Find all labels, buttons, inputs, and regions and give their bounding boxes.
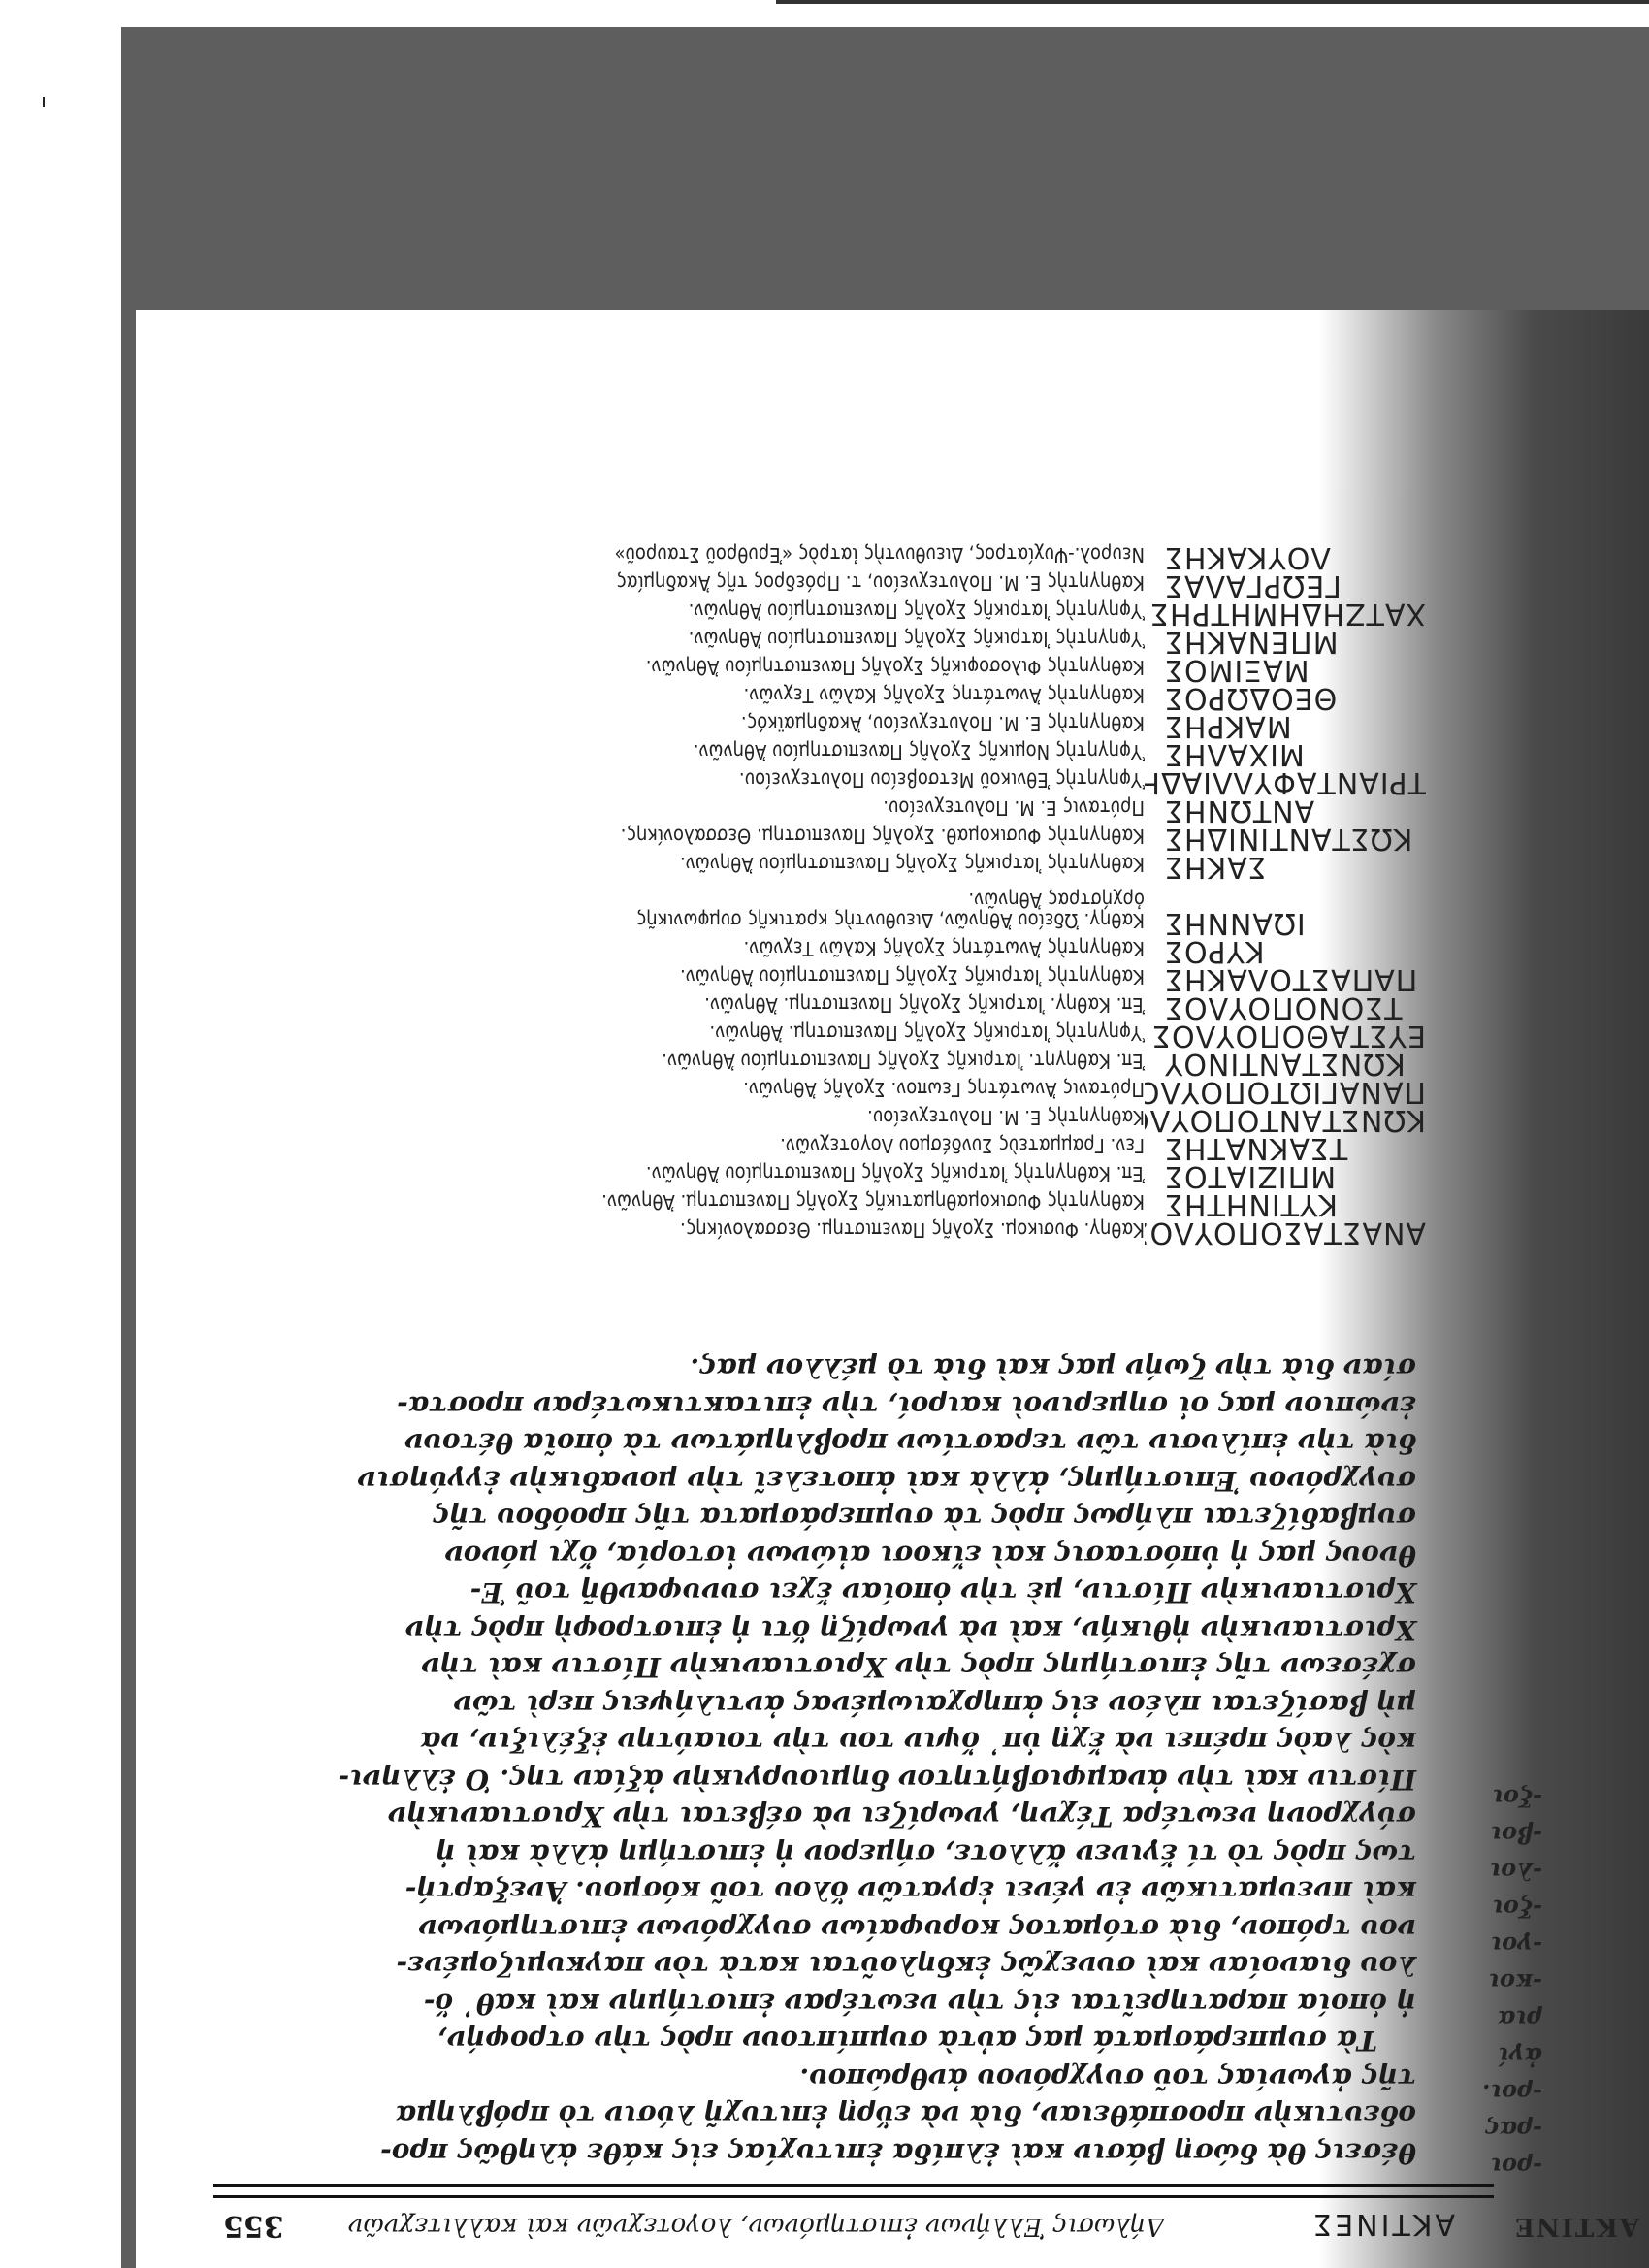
scanned-page: ΑΚΤΙΝΕ -ροι-ρας-ροι.ἀγίρια-κοι-γοι-ξοι-λ… bbox=[136, 310, 1649, 2268]
signatories-list: ΑΝΑΣΤΑΣΟΠΟΥΛΟΣΚαθηγ. Φυσικομ. Σχολῆς Παν… bbox=[213, 546, 1426, 1249]
neighbor-text-fragment: ρια bbox=[1498, 2005, 1542, 2033]
neighbor-text-fragment: -γοι bbox=[1491, 1931, 1542, 1960]
signatory-row: ΓΕΩΡΓΑΛΑΣΚαθηγητὴς Ε. Μ. Πολυτεχνείου, τ… bbox=[213, 574, 1426, 602]
signatory-title: Πρύτανις Ε. Μ. Πολυτεχνείου. bbox=[883, 796, 1145, 820]
signatory-title-continued: ὀρχήστρας Ἀθηνῶν. bbox=[968, 889, 1145, 912]
signatory-row: ΤΡΙΑΝΤΑΦΥΛΛΙΑΔΗΣὙφηγητὴς Ἐθνικοῦ Μετσοβε… bbox=[213, 771, 1426, 799]
scan-speck bbox=[43, 97, 45, 107]
signatory-row: ΠΑΝΑΓΙΩΤΟΠΟΥΛΟΣΠρύτανις Ἀνωτάτης Γεωπον.… bbox=[213, 1081, 1426, 1109]
text-line: συμβαδίζεται πλήρως πρὸς τὰ συμπεράσματα… bbox=[213, 1499, 1416, 1537]
text-line: διὰ τὴν ἐπίλυσιν τῶν τεραστίων προβλημάτ… bbox=[213, 1424, 1416, 1462]
signatory-name: ΛΟΥΚΑΚΗΣ bbox=[1145, 540, 1426, 574]
signatory-title: Ὑφηγητὴς Ἰατρικῆς Σχολῆς Πανεπιστημίου Ἀ… bbox=[689, 599, 1145, 623]
signatory-row: ΜΑΞΙΜΟΣΚαθηγητὴς Φιλοσοφικῆς Σχολῆς Πανε… bbox=[213, 659, 1426, 687]
neighbor-text-fragment: -ξοι bbox=[1492, 1784, 1542, 1812]
signatory-title: Καθηγητὴς Ἰατρικῆς Σχολῆς Πανεπιστημίου … bbox=[680, 853, 1145, 876]
signatory-title: Καθηγητὴς Ε. Μ. Πολυτεχνείου. bbox=[867, 1106, 1145, 1129]
neighbor-text-fragment: ἀγί bbox=[1498, 2042, 1542, 2070]
text-line: Χριστιανικὴν ἠθικήν, καὶ νὰ γνωρίζῃ ὅτι … bbox=[213, 1611, 1416, 1649]
declaration-body: θέσεις θὰ δώσῃ βάσιν καὶ ἐλπίδα ἐπιτυχία… bbox=[213, 1349, 1416, 2171]
signatory-row: ΕΥΣΤΑΘΟΠΟΥΛΟΣὙφηγητὴς Ἰατρικῆς Σχολῆς Πα… bbox=[213, 1024, 1426, 1053]
signatory-title: Ὑφηγητὴς Ἰατρικῆς Σχολῆς Πανεπιστημ. Ἀθη… bbox=[709, 1021, 1145, 1045]
signatory-title: Πρύτανις Ἀνωτάτης Γεωπον. Σχολῆς Ἀθηνῶν. bbox=[743, 1078, 1145, 1101]
signatory-row: ΑΝΤΩΝΗΣΠρύτανις Ε. Μ. Πολυτεχνείου. bbox=[213, 799, 1426, 827]
signatory-row: ΜΙΧΑΛΗΣὙφηγητὴς Νομικῆς Σχολῆς Πανεπιστη… bbox=[213, 743, 1426, 771]
neighbor-text-fragment: -ροι. bbox=[1482, 2079, 1542, 2107]
text-line: ἐνώπιον μας οἱ σημερινοὶ καιροί, τὴν ἐπι… bbox=[213, 1387, 1416, 1425]
signatory-title: Ὑφηγητὴς Ἐθνικοῦ Μετσοβείου Πολυτεχνείου… bbox=[739, 768, 1145, 792]
signatory-title: Καθηγητὴς Ἀνωτάτης Σχολῆς Καλῶν Τεχνῶν. bbox=[744, 937, 1145, 960]
signatory-title: Καθηγητὴς Ε. Μ. Πολυτεχνείου, Ἀκαδημαϊκό… bbox=[741, 712, 1145, 735]
signatory-row: ΣΑΚΗΣΚαθηγητὴς Ἰατρικῆς Σχολῆς Πανεπιστη… bbox=[213, 856, 1426, 884]
text-line: Τὰ συμπεράσματά μας αὐτὰ συμπίπτουν πρὸς… bbox=[213, 2022, 1416, 2059]
signatory-title: Καθηγ. Φυσικομ. Σχολῆς Πανεπιστημ. Θεσσα… bbox=[680, 1218, 1145, 1242]
signatory-row: ΚΥΤΙΝΗΤΗΣΚαθηγητὴς Φυσικομαθηματικῆς Σχο… bbox=[213, 1193, 1426, 1221]
neighbor-text-fragment: -ρας bbox=[1485, 2116, 1542, 2144]
text-line: συγχρόνου Ἐπιστήμης, ἀλλὰ καὶ ἀποτελεῖ τ… bbox=[213, 1462, 1416, 1500]
text-line: λου διανοίαν καὶ συνεχῶς ἐκδηλοῦται κατὰ… bbox=[213, 1947, 1416, 1985]
page-content-rotated: ΑΚΤΙΝΕ -ροι-ρας-ροι.ἀγίρια-κοι-γοι-ξοι-λ… bbox=[136, 310, 1649, 2268]
text-line: θέσεις θὰ δώσῃ βάσιν καὶ ἐλπίδα ἐπιτυχία… bbox=[213, 2134, 1416, 2172]
running-title: Δήλωσις Ἑλλήνων ἐπιστημόνων, λογοτεχνῶν … bbox=[348, 2212, 1164, 2241]
neighbor-page-header: ΑΚΤΙΝΕ bbox=[1513, 2212, 1639, 2241]
signatory-row: ΚΩΣΤΑΝΤΙΝΙΔΗΣΚαθηγητὴς Φυσικομαθ. Σχολῆς… bbox=[213, 827, 1426, 856]
signatory-title: Καθηγητὴς Φυσικομαθ. Σχολῆς Πανεπιστημ. … bbox=[621, 825, 1145, 848]
signatory-row: ΚΩΝΣΤΑΝΤΙΝΟΥἘπ. Καθηγητ. Ἰατρικῆς Σχολῆς… bbox=[213, 1053, 1426, 1081]
text-line: μὴ βασίζεται πλέον εἰς ἀπηρχαιωμένας ἀντ… bbox=[213, 1686, 1416, 1724]
text-line: νου τρόπον, διὰ στόματος κορυφαίων συγχρ… bbox=[213, 1910, 1416, 1948]
signatory-title: Γεν. Γραμματεὺς Συνδέσμου Λογοτεχνῶν. bbox=[780, 1134, 1145, 1157]
signatory-row: ΤΣΑΚΝΑΤΗΣΓεν. Γραμματεὺς Συνδέσμου Λογοτ… bbox=[213, 1137, 1426, 1165]
scan-edge-line bbox=[776, 0, 1649, 4]
neighbor-page-edge: ΑΚΤΙΝΕ -ροι-ρας-ροι.ἀγίρια-κοι-γοι-ξοι-λ… bbox=[1503, 310, 1649, 2268]
signatory-row: ΑΝΑΣΤΑΣΟΠΟΥΛΟΣΚαθηγ. Φυσικομ. Σχολῆς Παν… bbox=[213, 1221, 1426, 1249]
text-line: κὸς λαὸς πρέπει νὰ ἔχῃ ὑπ᾽ ὄψιν του τὴν … bbox=[213, 1723, 1416, 1761]
signatory-row: ΧΑΤΖΗΔΗΜΗΤΡΗΣὙφηγητὴς Ἰατρικῆς Σχολῆς Πα… bbox=[213, 602, 1426, 631]
neighbor-text-fragment: -ροι bbox=[1490, 2153, 1542, 2181]
signatory-title: Καθηγητὴς Φιλοσοφικῆς Σχολῆς Πανεπιστημί… bbox=[646, 656, 1145, 679]
signatory-title: Ἐπ. Καθηγ. Ἰατρικῆς Σχολῆς Πανεπιστημ. Ἀ… bbox=[704, 993, 1145, 1017]
text-line: Πίστιν καὶ τὴν ἀναμφισβήτητον δημιουργικ… bbox=[213, 1761, 1416, 1798]
header-double-rule bbox=[213, 2184, 1494, 2198]
signatory-title: Καθηγητὴς Ἀνωτάτης Σχολῆς Καλῶν Τεχνῶν. bbox=[744, 684, 1145, 707]
page-number: 355 bbox=[223, 2209, 284, 2243]
neighbor-text-fragment: -λοι bbox=[1490, 1858, 1542, 1886]
signatory-row: ΘΕΟΔΩΡΟΣΚαθηγητὴς Ἀνωτάτης Σχολῆς Καλῶν … bbox=[213, 687, 1426, 715]
text-line: καὶ πνευματικῶν ἐν γένει ἐργατῶν ὅλου το… bbox=[213, 1872, 1416, 1910]
signatory-title: Καθηγητὴς Ε. Μ. Πολυτεχνείου, τ. Πρόεδρο… bbox=[616, 571, 1145, 595]
signatory-row: ΤΣΟΝΟΠΟΥΛΟΣἘπ. Καθηγ. Ἰατρικῆς Σχολῆς Πα… bbox=[213, 996, 1426, 1024]
signatory-title: Ὑφηγητὴς Ἰατρικῆς Σχολῆς Πανεπιστημίου Ἀ… bbox=[689, 628, 1145, 651]
text-line: τῆς ἀγωνίας τοῦ συγχρόνου ἀνθρώπου. bbox=[213, 2059, 1416, 2097]
signatory-row: ΜΑΚΡΗΣΚαθηγητὴς Ε. Μ. Πολυτεχνείου, Ἀκαδ… bbox=[213, 715, 1426, 743]
signatory-title: Ἐπ. Καθηγητ. Ἰατρικῆς Σχολῆς Πανεπιστημί… bbox=[662, 1050, 1145, 1073]
signatory-name: ΙΩΑΝΝΗΣ bbox=[1145, 906, 1426, 940]
text-line: σύγχρονη νεωτέρα Τέχνη, γνωρίζει νὰ σέβε… bbox=[213, 1798, 1416, 1835]
signatory-row: ΜΠΙΖΙΑΤΟΣἘπ. Καθηγητὴς Ἰατρικῆς Σχολῆς Π… bbox=[213, 1165, 1426, 1193]
text-line: θνους μας ἡ ὑπόστασις καὶ εἴκοσι αἰώνων … bbox=[213, 1537, 1416, 1574]
signatory-row: ΚΩΝΣΤΑΝΤΟΠΟΥΛΟΣΚαθηγητὴς Ε. Μ. Πολυτεχνε… bbox=[213, 1109, 1426, 1137]
text-line: οδευτικὴν προσπάθειαν, διὰ νὰ εὕρῃ ἐπιτυ… bbox=[213, 2096, 1416, 2134]
running-section: ΑΚΤΙΝΕΣ bbox=[1310, 2207, 1455, 2241]
signatory-row: ΛΟΥΚΑΚΗΣΝευρολ.-Ψυχίατρος, Διευθυντὴς ἰα… bbox=[213, 546, 1426, 574]
signatory-row: ΠΑΠΑΣΤΟΛΑΚΗΣΚαθηγητὴς Ἰατρικῆς Σχολῆς Πα… bbox=[213, 968, 1426, 996]
signatory-title: Καθηγητὴς Φυσικομαθηματικῆς Σχολῆς Πανεπ… bbox=[601, 1190, 1145, 1214]
text-line: σχέσεων τῆς ἐπιστήμης πρὸς τὴν Χριστιανι… bbox=[213, 1648, 1416, 1686]
text-line: ἡ ὁποία παρατηρεῖται εἰς τὴν νεωτέραν ἐπ… bbox=[213, 1985, 1416, 2023]
text-line: τως πρὸς τὸ τί ἔγινεν ἄλλοτε, σήμερον ἡ … bbox=[213, 1835, 1416, 1873]
signatory-title: Ὑφηγητὴς Νομικῆς Σχολῆς Πανεπιστημίου Ἀθ… bbox=[694, 740, 1145, 763]
neighbor-text-fragment: -βοι bbox=[1490, 1821, 1542, 1849]
running-header: ΑΚΤΙΝΕΣ Δήλωσις Ἑλλήνων ἐπιστημόνων, λογ… bbox=[223, 2190, 1455, 2249]
signatory-title: Καθηγ. Ὠδείου Ἀθηνῶν, Διευθυντὴς κρατικῆ… bbox=[636, 909, 1145, 932]
signatory-row: ΚΥΡΟΣΚαθηγητὴς Ἀνωτάτης Σχολῆς Καλῶν Τεχ… bbox=[213, 940, 1426, 968]
neighbor-text-fragment: -κοι bbox=[1488, 1968, 1542, 1996]
signatory-title: Νευρολ.-Ψυχίατρος, Διευθυντὴς ἰατρὸς «Ἐρ… bbox=[614, 543, 1145, 567]
signatory-title: Καθηγητὴς Ἰατρικῆς Σχολῆς Πανεπιστημίου … bbox=[680, 965, 1145, 988]
signatory-row: ΙΩΑΝΝΗΣΚαθηγ. Ὠδείου Ἀθηνῶν, Διευθυντὴς … bbox=[213, 912, 1426, 940]
text-line: σίαν διὰ τὴν ζωήν μας καὶ διὰ τὸ μέλλον … bbox=[213, 1349, 1416, 1387]
signatory-row: ΜΠΕΝΑΚΗΣὙφηγητὴς Ἰατρικῆς Σχολῆς Πανεπισ… bbox=[213, 631, 1426, 659]
signatory-title: Ἐπ. Καθηγητὴς Ἰατρικῆς Σχολῆς Πανεπιστημ… bbox=[646, 1162, 1145, 1185]
text-line: Χριστιανικὴν Πίστιν, μὲ τὴν ὁποίαν ἔχει … bbox=[213, 1573, 1416, 1611]
neighbor-text-fragment: -ξοι bbox=[1492, 1895, 1542, 1923]
